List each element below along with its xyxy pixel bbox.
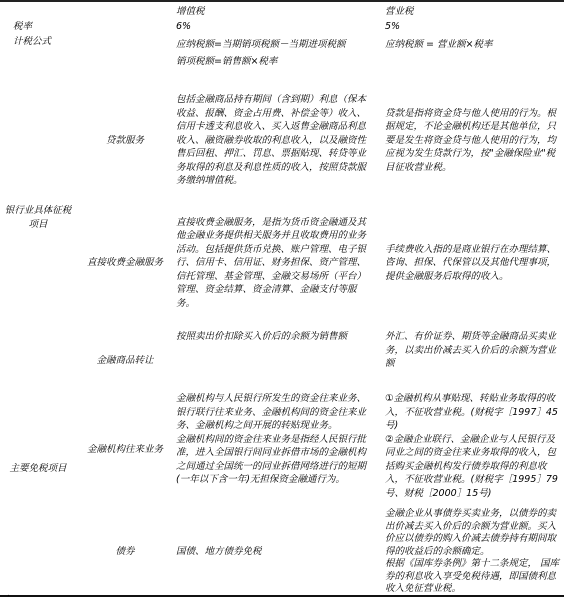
column-header-vat: 增值税 [174, 4, 382, 19]
cell-bond-bt: 金融企业从事债券买卖业务，以债券的卖出价减去买入价后的余额为营业额。买入价应以债… [382, 507, 564, 595]
cell-formula-vat: 应纳税额=当期销项税额－当期进项税额 销项税额=销售额×税率 [174, 34, 382, 84]
row-label-product-transfer: 金融商品转让 [78, 329, 174, 391]
group-label-exempt-items: 主要免税项目 [0, 391, 78, 595]
row-label-formula: 计税公式 [0, 34, 78, 84]
cell-bond-vat: 国债、地方债券免税 [174, 507, 382, 595]
row-label-tax-rate: 税率 [0, 19, 78, 34]
row-label-bond: 债券 [78, 507, 174, 595]
row-label-direct-fee-services: 直接收费金融服务 [78, 196, 174, 329]
cell-loan-services-vat: 包括金融商品持有期间（含到期）利息（保本收益、报酬、资金占用费、补偿金等）收入、… [174, 84, 382, 196]
stray-mark: . [7, 591, 10, 597]
document-page: 增值税 营业税 税率 6% 5% 计税公式 应纳税额=当期销项税额－当期进项税额… [0, 0, 564, 597]
column-header-bt: 营业税 [382, 4, 564, 19]
cell-product-transfer-bt: 外汇、有价证券、期货等金融商品买卖业务，以卖出价减去买入价后的余额为营业额 [382, 329, 564, 391]
cell-loan-services-bt: 贷款是指将资金贷与他人使用的行为。根据规定，不论金融机构还是其他单位，只要是发生… [382, 84, 564, 196]
cell-interbank-vat: 金融机构与人民银行所发生的资金往来业务、银行联行往来业务、金融机构间的资金往来业… [174, 391, 382, 507]
cell-product-transfer-vat: 按照卖出价扣除买入价后的余额为销售额 [174, 329, 382, 391]
cell-tax-rate-bt: 5% [382, 19, 564, 34]
group-label-taxed-items: 银行业具体征税项目 [0, 84, 78, 391]
cell-tax-rate-vat: 6% [174, 19, 382, 34]
row-label-loan-services: 贷款服务 [78, 84, 174, 196]
cell-formula-bt: 应纳税额 = 营业额×税率 [382, 34, 564, 84]
cell-interbank-bt: ①金融机构从事贴现、转贴业务取得的收入，不征收营业税。(财税字［1997］45号… [382, 391, 564, 507]
tax-comparison-table: 增值税 营业税 税率 6% 5% 计税公式 应纳税额=当期销项税额－当期进项税额… [0, 4, 564, 595]
row-label-interbank-business: 金融机构往来业务 [78, 391, 174, 507]
cell-direct-fee-bt: 手续费收入指的是商业银行在办理结算、咨询、担保、代保管以及其他代理事项，提供金融… [382, 196, 564, 329]
cell-direct-fee-vat: 直接收费金融服务，是指为货币资金融通及其他金融业务提供相关服务并且收取费用的业务… [174, 196, 382, 329]
